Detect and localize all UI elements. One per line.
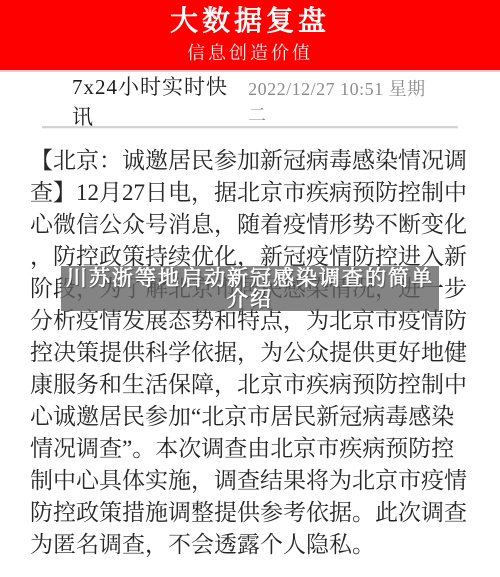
article-body: 【北京：诚邀居民参加新冠病毒感染情况调查】12月27日电，据北京市疾病预防控制中… — [30, 145, 470, 561]
article-line: 防控政策措施调整提供参考依据。此次调查 — [30, 497, 470, 529]
header-banner: 大数据复盘 信息创造价值 — [0, 0, 500, 72]
article-line: 制中心具体实施，调查结果将为北京市疫情 — [30, 465, 470, 497]
article-line: 控决策提供科学依据，为公众提供更好地健 — [30, 337, 470, 369]
page-title: 大数据复盘 — [0, 2, 500, 42]
article-line: 心诚邀居民参加“北京市居民新冠病毒感染 — [30, 401, 470, 433]
page-subtitle: 信息创造价值 — [0, 42, 500, 64]
article-line: 康服务和生活保障，北京市疾病预防控制中 — [30, 369, 470, 401]
article-line: 心微信公众号消息，随着疫情形势不断变化 — [30, 209, 470, 241]
article-line: 【北京：诚邀居民参加新冠病毒感染情况调 — [30, 145, 470, 177]
datetime-label: 2022/12/27 10:51 星期二 — [248, 75, 442, 127]
watermark-title: 川苏浙等地启动新冠感染调查的简单介绍 — [66, 267, 434, 311]
info-bar: 7x24小时实时快讯 2022/12/27 10:51 星期二 — [0, 72, 500, 126]
live-feed-label: 7x24小时实时快讯 — [72, 71, 248, 131]
article-line: 情况调查”。本次调查由北京市疾病预防控 — [30, 433, 470, 465]
page-root: 大数据复盘 信息创造价值 7x24小时实时快讯 2022/12/27 10:51… — [0, 0, 500, 577]
article-line: 查】12月27日电，据北京市疾病预防控制中 — [30, 177, 470, 209]
watermark-overlay: 川苏浙等地启动新冠感染调查的简单介绍 — [61, 266, 439, 311]
article-line: 为匿名调查，不会透露个人隐私。 — [30, 529, 470, 561]
